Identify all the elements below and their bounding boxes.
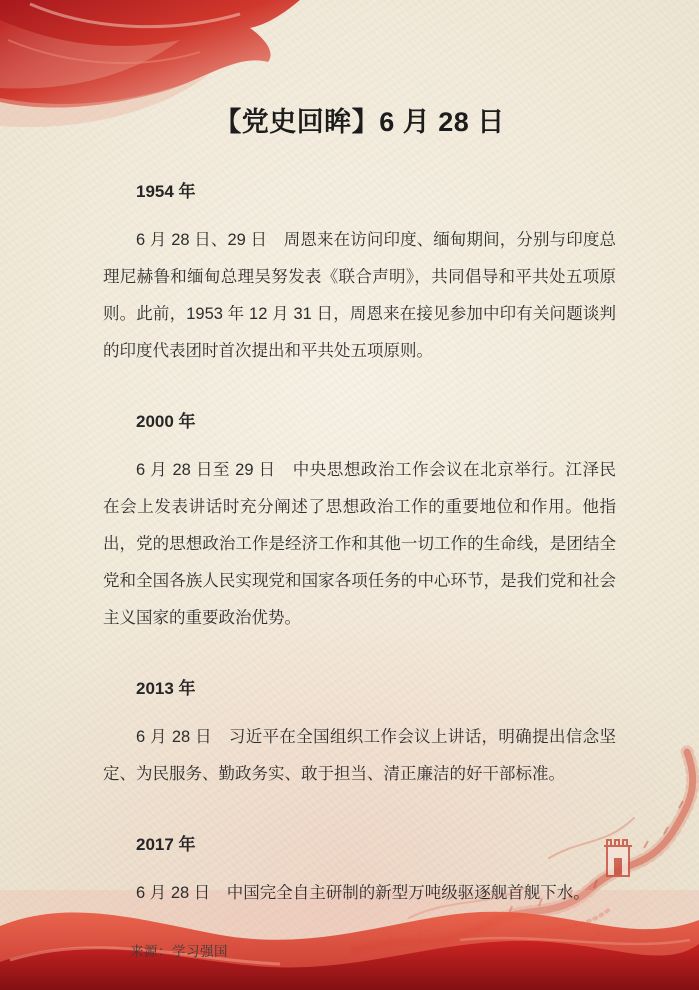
section-paragraph: 6 月 28 日 中国完全自主研制的新型万吨级驱逐舰首舰下水。	[103, 875, 616, 912]
section-year: 1954 年	[136, 182, 616, 202]
section-paragraph: 6 月 28 日 习近平在全国组织工作会议上讲话，明确提出信念坚定、为民服务、勤…	[103, 719, 616, 793]
section-paragraph: 6 月 28 日至 29 日 中央思想政治工作会议在北京举行。江泽民在会上发表讲…	[103, 452, 616, 637]
source-credit: 来源：学习强国	[130, 940, 228, 960]
section-year: 2013 年	[136, 679, 616, 699]
section-2013: 2013 年 6 月 28 日 习近平在全国组织工作会议上讲话，明确提出信念坚定…	[103, 679, 616, 793]
article: 【党史回眸】6 月 28 日 1954 年 6 月 28 日、29 日 周恩来在…	[103, 0, 616, 912]
page-title: 【党史回眸】6 月 28 日	[103, 104, 616, 140]
section-year: 2000 年	[136, 412, 616, 432]
section-year: 2017 年	[136, 835, 616, 855]
section-2017: 2017 年 6 月 28 日 中国完全自主研制的新型万吨级驱逐舰首舰下水。	[103, 835, 616, 912]
section-2000: 2000 年 6 月 28 日至 29 日 中央思想政治工作会议在北京举行。江泽…	[103, 412, 616, 637]
section-1954: 1954 年 6 月 28 日、29 日 周恩来在访问印度、缅甸期间，分别与印度…	[103, 182, 616, 370]
poster-page: 【党史回眸】6 月 28 日 1954 年 6 月 28 日、29 日 周恩来在…	[0, 0, 699, 990]
section-paragraph: 6 月 28 日、29 日 周恩来在访问印度、缅甸期间，分别与印度总理尼赫鲁和缅…	[103, 222, 616, 370]
